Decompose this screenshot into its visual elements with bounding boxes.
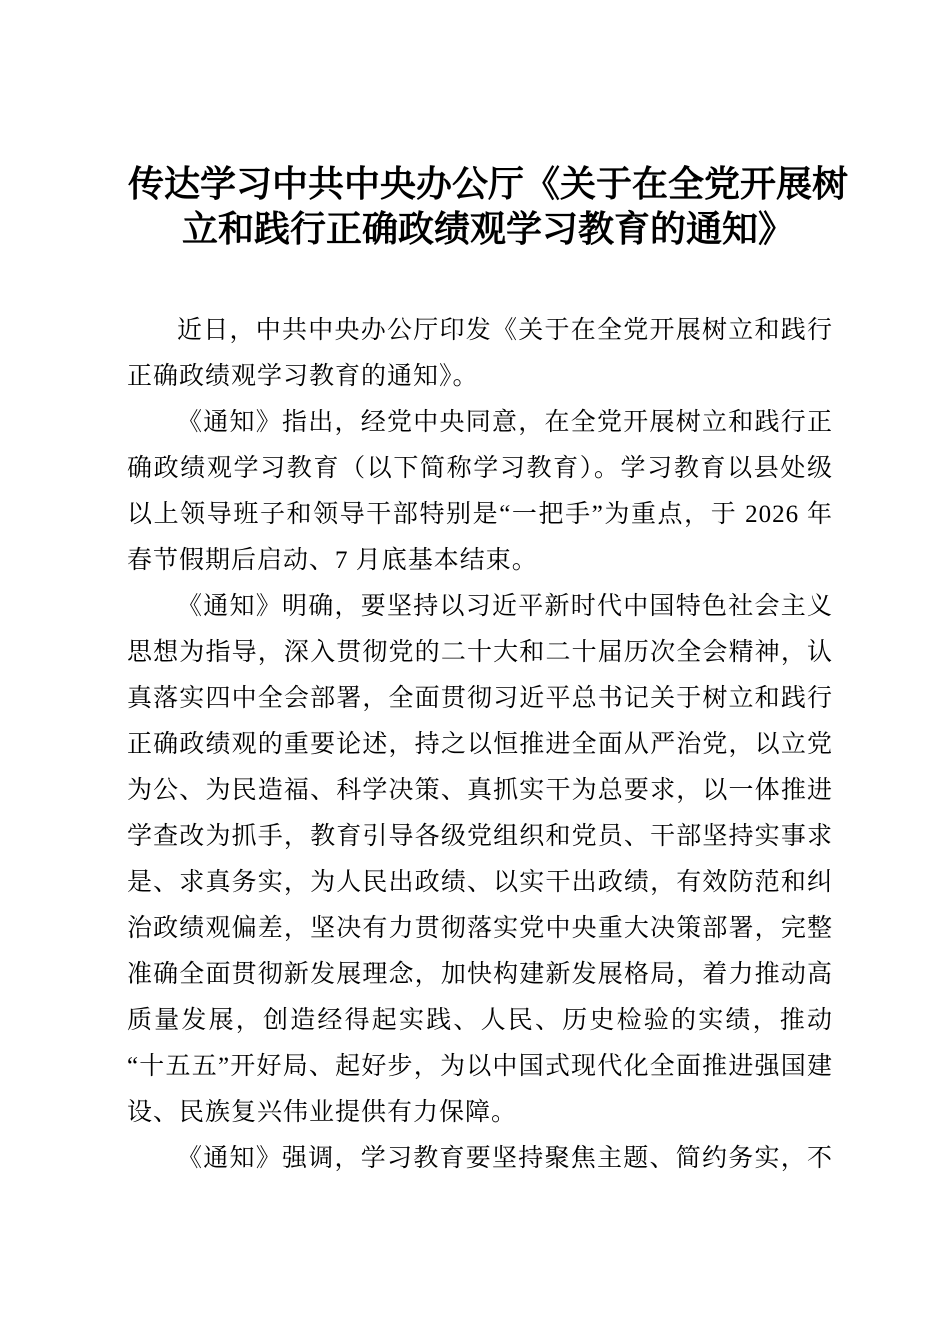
paragraph-notice-points: 《通知》指出，经党中央同意，在全党开展树立和践行正确政绩观学习教育（以下简称学习… (127, 400, 833, 584)
paragraph-intro: 近日，中共中央办公厅印发《关于在全党开展树立和践行正确政绩观学习教育的通知》。 (127, 308, 833, 400)
document-title: 传达学习中共中央办公厅《关于在全党开展树立和践行正确政绩观学习教育的通知》 (125, 162, 851, 252)
document-body: 近日，中共中央办公厅印发《关于在全党开展树立和践行正确政绩观学习教育的通知》。 … (127, 308, 833, 1182)
paragraph-notice-emphasizes: 《通知》强调，学习教育要坚持聚焦主题、简约务实，不 (127, 1136, 833, 1182)
paragraph-notice-clarifies: 《通知》明确，要坚持以习近平新时代中国特色社会主义思想为指导，深入贯彻党的二十大… (127, 584, 833, 1136)
document-page: 传达学习中共中央办公厅《关于在全党开展树立和践行正确政绩观学习教育的通知》 近日… (0, 0, 950, 1344)
